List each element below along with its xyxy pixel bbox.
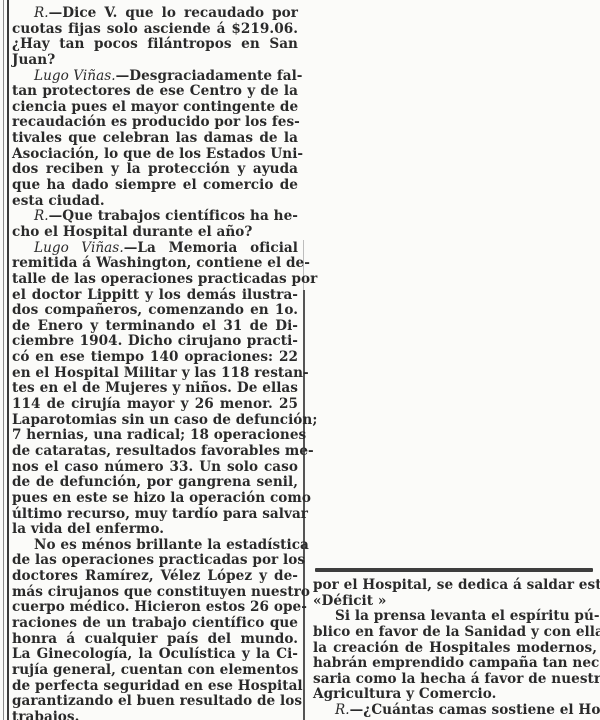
speaker-label: Lugo Viñas.	[34, 240, 124, 256]
section-separator-rule	[315, 568, 593, 572]
text-line: R.—Dice V. que lo recaudado por	[12, 6, 298, 22]
text-line: Lugo Viñas.—La Memoria oficial	[12, 241, 298, 257]
text-line: dos reciben y la protección y ayuda	[12, 162, 298, 178]
text-line: No es ménos brillante la estadística	[12, 538, 298, 554]
text-line: de perfecta seguridad en ese Hospital	[12, 679, 298, 695]
text-line: blico en favor de la Sanidad y con ella,	[313, 625, 597, 641]
text-line: de cataratas, resultados favorables me-	[12, 444, 298, 460]
text-line: doctores Ramírez, Vélez López y de-	[12, 569, 298, 585]
text-line: tes en el de Mujeres y niños. De ellas	[12, 381, 298, 397]
text-line: de de defunción, por gangrena senil,	[12, 475, 298, 491]
text-line: más cirujanos que constituyen nuestro	[12, 585, 298, 601]
text-line: R.—Que trabajos científicos ha he-	[12, 209, 298, 225]
text-line: honra á cualquier país del mundo.	[12, 632, 298, 648]
text-line: tivales que celebran las damas de la	[12, 131, 298, 147]
text-line: R.—¿Cuántas camas sostiene el Hos-	[313, 703, 597, 719]
left-text-column: R.—Dice V. que lo recaudado porcuotas fi…	[12, 6, 298, 720]
text-line: dos compañeros, comenzando en 1o.	[12, 303, 298, 319]
text-line: rujía general, cuentan con elementos	[12, 663, 298, 679]
text-line: ciencia pues el mayor contingente de	[12, 100, 298, 116]
text-line: raciones de un trabajo científico que	[12, 616, 298, 632]
text-line: cho el Hospital durante el año?	[12, 225, 298, 241]
right-text-column: por el Hospital, se dedica á saldar este…	[313, 578, 597, 719]
text-line: Lugo Viñas.—Desgraciadamente fal-	[12, 69, 298, 85]
text-line: el doctor Lippitt y los demás ilustra-	[12, 288, 298, 304]
text-line: ¿Hay tan pocos filántropos en San	[12, 37, 298, 53]
speaker-label: Lugo Viñas.	[34, 68, 116, 84]
text-line: có en ese tiempo 140 opraciones: 22	[12, 350, 298, 366]
text-line: Laparotomias sin un caso de defunción;	[12, 413, 298, 429]
text-line: tan protectores de ese Centro y de la	[12, 84, 298, 100]
speaker-label: R.	[335, 702, 350, 718]
text-line: 114 de cirujía mayor y 26 menor. 25	[12, 397, 298, 413]
left-border-rule-inner	[7, 0, 9, 720]
text-line: remitida á Washington, contiene el de-	[12, 256, 298, 272]
text-line: Asociación, lo que de los Estados Uni-	[12, 147, 298, 163]
text-line: cuotas fijas solo asciende á $219.06.	[12, 22, 298, 38]
text-line: garantizando el buen resultado de los	[12, 694, 298, 710]
text-line: saria como la hecha á favor de nuestra	[313, 672, 597, 688]
text-line: último recurso, muy tardío para salvar	[12, 507, 298, 523]
text-line: de Enero y terminando el 31 de Di-	[12, 319, 298, 335]
text-line: la vida del enfermo.	[12, 522, 298, 538]
text-line: La Ginecología, la Oculística y la Ci-	[12, 647, 298, 663]
text-line: por el Hospital, se dedica á saldar este	[313, 578, 597, 594]
text-line: esta ciudad.	[12, 194, 298, 210]
text-line: ciembre 1904. Dicho cirujano practi-	[12, 334, 298, 350]
text-line: que ha dado siempre el comercio de	[12, 178, 298, 194]
text-line: «Déficit »	[313, 594, 597, 610]
speaker-label: R.	[34, 208, 49, 224]
text-line: recaudación es producido por los fes-	[12, 115, 298, 131]
text-line: Si la prensa levanta el espíritu pú-	[313, 609, 597, 625]
text-line: pues en este se hizo la operación como	[12, 491, 298, 507]
text-line: Agricultura y Comercio.	[313, 687, 597, 703]
text-line: talle de las operaciones practicadas por	[12, 272, 298, 288]
text-line: en el Hospital Militar y las 118 restan-	[12, 366, 298, 382]
text-line: la creación de Hospitales modernos,	[313, 641, 597, 657]
text-line: 7 hernias, una radical; 18 operaciones	[12, 428, 298, 444]
text-line: de las operaciones practicadas por los	[12, 553, 298, 569]
text-line: nos el caso número 33. Un solo caso	[12, 460, 298, 476]
speaker-label: R.	[34, 5, 49, 21]
text-line: trabajos.	[12, 710, 298, 720]
text-line: Juan?	[12, 53, 298, 69]
text-line: habrán emprendido campaña tan nece-	[313, 656, 597, 672]
text-line: cuerpo médico. Hicieron estos 26 ope-	[12, 600, 298, 616]
left-border-rule-outer	[3, 0, 4, 720]
